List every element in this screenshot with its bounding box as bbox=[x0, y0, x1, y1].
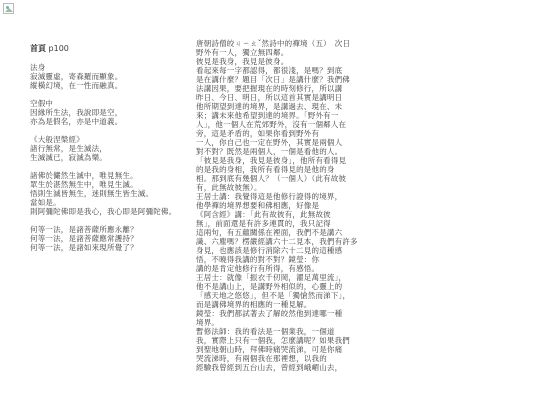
text-line: 識、六塵嗎？楞嚴經講六十二見本，我們有許多 bbox=[196, 237, 396, 246]
text-line: 他所期望到達的境界，是講過去、現在、未 bbox=[196, 102, 396, 111]
text-line: 唐朝詩僧皎ㄐㄧㄠˇ然詩中的禪境（五） 次日 bbox=[196, 39, 396, 48]
text-line: 法身 bbox=[30, 63, 195, 72]
text-line: 《大般涅槃經》 bbox=[30, 135, 195, 144]
text-line: 因緣所生法，我說即是空， bbox=[30, 108, 195, 117]
paragraph: 法身寂滅靈虛，寄森羅而顯象。縱橫幻境，在一性而融真。 bbox=[30, 63, 195, 90]
page-title: 首頁 p100 bbox=[30, 44, 195, 54]
text-line: 悟，不曉得我講的對不對？鏡瑩：你 bbox=[196, 255, 396, 264]
text-line: 一人，你自己也一定在野外，其實是兩個人 bbox=[196, 138, 396, 147]
text-line: 「彼見是我身，我見是彼身」，他所有看得見 bbox=[196, 156, 396, 165]
page-title-bold: 首頁 bbox=[30, 44, 46, 53]
text-line: 悟則生滅皆無生，迷則無生皆生滅。 bbox=[30, 189, 195, 198]
text-line: 縱橫幻境，在一性而融真。 bbox=[30, 81, 195, 90]
text-line: 空假中 bbox=[30, 99, 195, 108]
text-line: 這兩句，有五蘊關係在裡面，我們不是講六 bbox=[196, 228, 396, 237]
paragraph: 《大般涅槃經》諸行無常，是生滅法，生滅滅已，寂滅為樂。 bbox=[30, 135, 195, 162]
text-line: 鏡瑩：我們都試著去了解皎然他到達哪一種 bbox=[196, 309, 396, 318]
text-line: 昨日、今日、明日，所以這首其實是講明日 bbox=[196, 93, 396, 102]
text-line: 野外有一人，獨立無四鄰。 bbox=[196, 48, 396, 57]
text-line: 眾生於湛然無生中，唯見生滅。 bbox=[30, 180, 195, 189]
text-line: 到聖地朝山時，拜佛時痛哭流涕，可是你痛 bbox=[196, 345, 396, 354]
text-line: 來；講未來他希望到達的境界。「野外有一 bbox=[196, 111, 396, 120]
paragraph: 何等一法，是諸菩薩所應永離？何等一法，是諸菩薩應常護持？何等一法，是諸如來現所覺… bbox=[30, 225, 195, 252]
text-line: 看起來每一字都認得，都很淺，是嗎？到底 bbox=[196, 66, 396, 75]
text-line: 則阿彌陀佛即是我心，我心即是阿彌陀佛。 bbox=[30, 207, 195, 216]
paragraph: 諸佛於儼然生滅中，唯見無生。眾生於湛然無生中，唯見生滅。悟則生滅皆無生，迷則無生… bbox=[30, 171, 195, 216]
text-line: 何等一法，是諸菩薩應常護持？ bbox=[30, 234, 195, 243]
text-line: 是在講什麼？題目「次日」是講什麼？我們佛 bbox=[196, 75, 396, 84]
text-line: 他不是講山上，是講野外相似的，心靈上的 bbox=[196, 282, 396, 291]
text-line: 相。那到底有幾個人？（一個人）（此有故彼 bbox=[196, 174, 396, 183]
left-column-paragraphs: 法身寂滅靈虛，寄森羅而顯象。縱橫幻境，在一性而融真。空假中因緣所生法，我說即是空… bbox=[30, 63, 195, 252]
text-line: 亦為是假名，亦是中道義。 bbox=[30, 117, 195, 126]
text-line: 而是講佛境界的相應的一種見解。 bbox=[196, 300, 396, 309]
text-line: 何等一法，是諸如來現所覺了？ bbox=[30, 243, 195, 252]
text-line: 哭流涕時，有兩個我在那裡想，以我的 bbox=[196, 354, 396, 363]
text-line: 當如是。 bbox=[30, 198, 195, 207]
text-line: 生滅滅已，寂滅為樂。 bbox=[30, 153, 195, 162]
broken-image-mountain bbox=[5, 8, 13, 12]
text-line: 何等一法，是諸菩薩所應永離？ bbox=[30, 225, 195, 234]
paragraph: 空假中因緣所生法，我說即是空，亦為是假名，亦是中道義。 bbox=[30, 99, 195, 126]
text-line: 對不對？既然是兩個人，一個是看他的人。 bbox=[196, 147, 396, 156]
right-column-lines: 唐朝詩僧皎ㄐㄧㄠˇ然詩中的禪境（五） 次日野外有一人，獨立無四鄰。彼見是我身，我… bbox=[196, 39, 396, 372]
text-line: 《阿含經》講：「此有故彼有，此無故彼 bbox=[196, 210, 396, 219]
broken-image-icon bbox=[3, 3, 14, 14]
text-line: 暫修法師：我的看法是一個業我，一個道 bbox=[196, 327, 396, 336]
text-line: 講的是肯定他修行有所得，有感悟。 bbox=[196, 264, 396, 273]
text-line: 旁，這是矛盾的，如果你看到野外有 bbox=[196, 129, 396, 138]
page-number: p100 bbox=[49, 44, 69, 53]
left-text-column: 首頁 p100 法身寂滅靈虛，寄森羅而顯象。縱橫幻境，在一性而融真。空假中因緣所… bbox=[30, 44, 195, 261]
text-line: 諸行無常，是生滅法， bbox=[30, 144, 195, 153]
text-line: 王居士講：我覺得這是他修行證得的境界， bbox=[196, 192, 396, 201]
text-line: 身見，也應該是修行消除六十二見的這種感 bbox=[196, 246, 396, 255]
text-line: 我，實際上只有一個我，怎麼講呢？如果我們 bbox=[196, 336, 396, 345]
text-line: 法講因果，要把握現在的時刻修行，所以講 bbox=[196, 84, 396, 93]
text-line: 無」，前面還是有許多連貫的，我只記得 bbox=[196, 219, 396, 228]
text-line: 的是我的身相，我所有看得見的是他的身 bbox=[196, 165, 396, 174]
text-line: 寂滅靈虛，寄森羅而顯象。 bbox=[30, 72, 195, 81]
text-line: 境界。 bbox=[196, 318, 396, 327]
right-text-column: 唐朝詩僧皎ㄐㄧㄠˇ然詩中的禪境（五） 次日野外有一人，獨立無四鄰。彼見是我身，我… bbox=[196, 39, 396, 372]
text-line: 經驗我曾經到五台山去，曾經到峨嵋山去， bbox=[196, 363, 396, 372]
text-line: 「感天地之悠悠」，但不是「獨愴然而涕下」， bbox=[196, 291, 396, 300]
text-line: 王居士：就像「振衣千仞岡，濯足萬里流」， bbox=[196, 273, 396, 282]
text-line: 他學禪的境界想要和佛相應，好像是 bbox=[196, 201, 396, 210]
text-line: 有，此無故彼無）。 bbox=[196, 183, 396, 192]
text-line: 諸佛於儼然生滅中，唯見無生。 bbox=[30, 171, 195, 180]
text-line: 彼見是我身，我見是彼身。 bbox=[196, 57, 396, 66]
text-line: 人」，他一個人在荒郊野外，沒有一個鄰人在 bbox=[196, 120, 396, 129]
